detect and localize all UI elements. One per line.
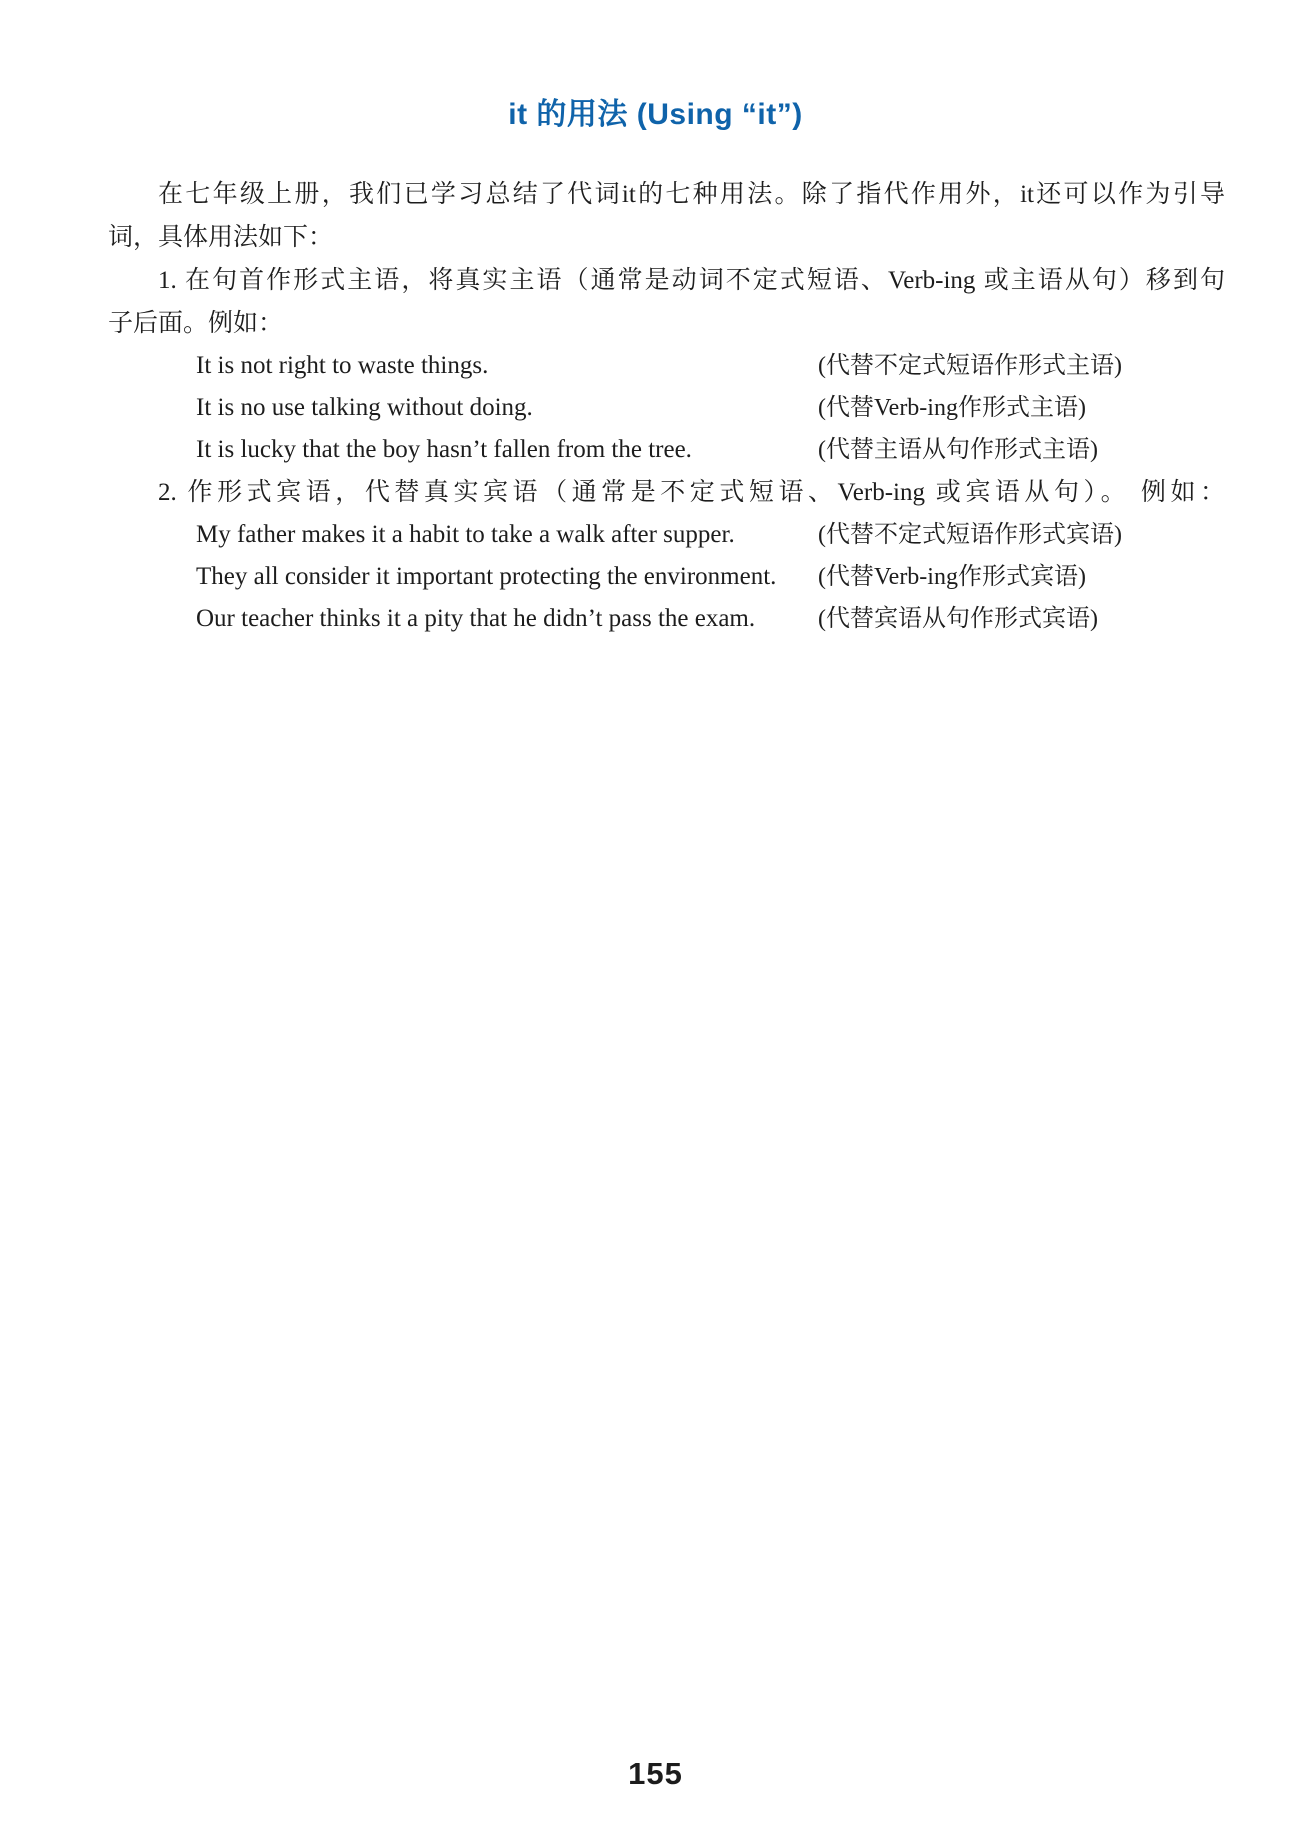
intro-line-2: 词，具体用法如下： [108,216,1225,259]
example-english: It is lucky that the boy hasn’t fallen f… [196,429,692,471]
example-note: (代替不定式短语作形式主语) [818,345,1122,387]
example-english: It is no use talking without doing. [196,387,533,429]
example-english: My father makes it a habit to take a wal… [196,514,735,556]
intro-line-1: 在七年级上册，我们已学习总结了代词it的七种用法。除了指代作用外，it还可以作为… [108,173,1225,216]
example-row: It is not right to waste things. (代替不定式短… [196,345,1311,387]
example-english: They all consider it important protectin… [196,556,776,598]
example-row: They all consider it important protectin… [196,556,1311,598]
example-row: My father makes it a habit to take a wal… [196,514,1311,556]
example-note: (代替Verb-ing作形式主语) [818,387,1086,429]
example-english: It is not right to waste things. [196,345,488,387]
example-note: (代替宾语从句作形式宾语) [818,598,1098,640]
section-1-heading-line-2: 子后面。例如： [108,302,1225,345]
page-title: it 的用法 (Using “it”) [0,0,1311,137]
example-row: Our teacher thinks it a pity that he did… [196,598,1311,640]
section-1-heading-line-1: 1. 在句首作形式主语，将真实主语（通常是动词不定式短语、Verb-ing 或主… [108,259,1225,302]
example-note: (代替主语从句作形式主语) [818,429,1098,471]
example-row: It is no use talking without doing. (代替V… [196,387,1311,429]
example-note: (代替不定式短语作形式宾语) [818,514,1122,556]
example-english: Our teacher thinks it a pity that he did… [196,598,755,640]
example-row: It is lucky that the boy hasn’t fallen f… [196,429,1311,471]
section-2-heading-line-1: 2. 作形式宾语，代替真实宾语（通常是不定式短语、Verb-ing 或宾语从句）… [108,471,1225,514]
example-note: (代替Verb-ing作形式宾语) [818,556,1086,598]
document-page: it 的用法 (Using “it”) 在七年级上册，我们已学习总结了代词it的… [0,0,1311,1842]
page-number: 155 [0,1756,1311,1792]
